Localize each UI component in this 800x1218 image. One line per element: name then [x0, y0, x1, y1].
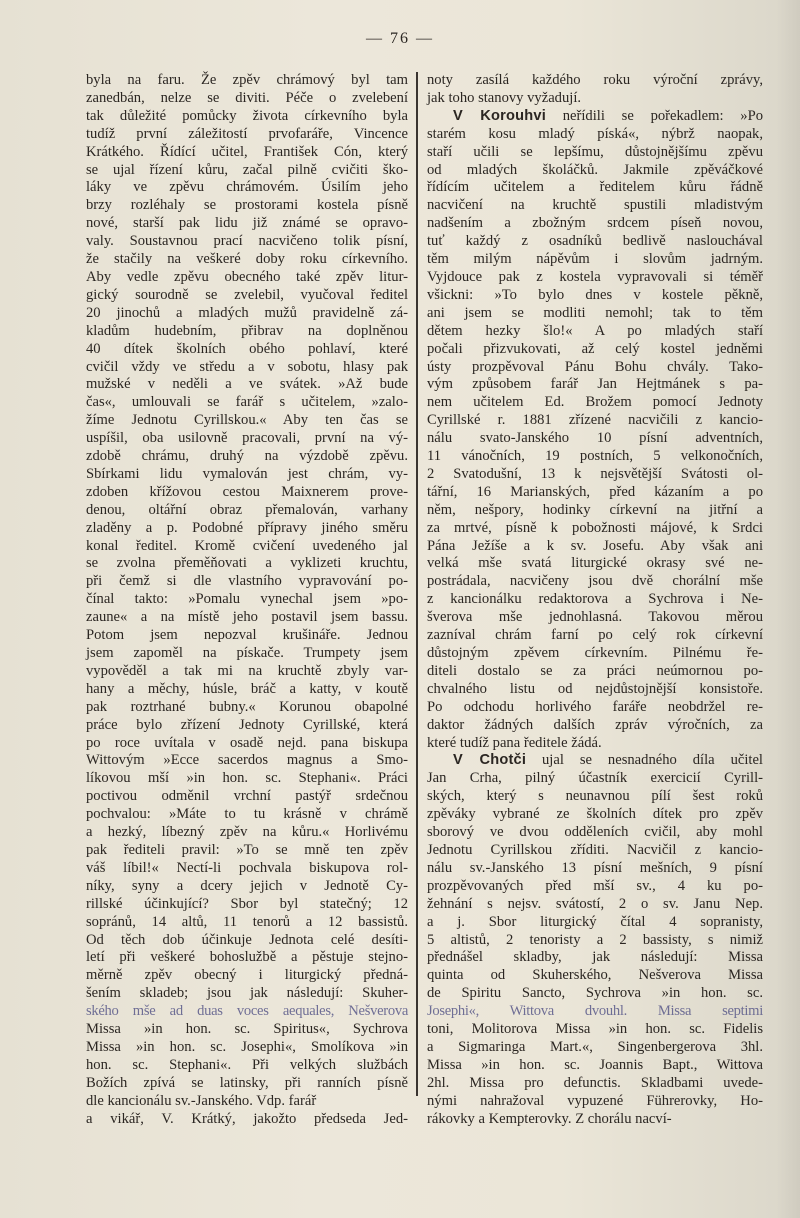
text-line: jsem zapoměl na pískače. Trumpety jsem: [86, 645, 408, 663]
text-line: a Sigmaringa Mart.«, Singenbergerova 3hl…: [427, 1039, 763, 1057]
text-line: mužské v neděli a ve svátek. »Až bude: [86, 376, 408, 394]
text-line: láky ve zpěvu chrámovém. Úsilím jeho: [86, 179, 408, 197]
text-line: šverova mše jednohlasná. Takovou měrou: [427, 609, 763, 627]
text-line: vypověděl a tak mi na kruchtě zbyly var-: [86, 663, 408, 681]
text-line: gický sourodně se zvelebil, vyučoval řed…: [86, 287, 408, 305]
text-line: těm milým nápěvům i slovům jadrným.: [427, 251, 763, 269]
text-line: velká mše svatá liturgické okrasy své ne…: [427, 555, 763, 573]
text-line: všickni: »To bylo dnes v kostele pěkně,: [427, 287, 763, 305]
text-line: Wittovým »Ecce sacerdos magnus a Smo-: [86, 752, 408, 770]
text-line: Po odchodu horlivého faráře neobdržel re…: [427, 699, 763, 717]
text-line: 2 Svatodušní, 13 k nejsvětější Svátosti …: [427, 466, 763, 484]
text-line: poctivou odměnil vrchní pastýř srdečnou: [86, 788, 408, 806]
text-line: quinta od Skuherského, Nešverova Missa: [427, 967, 763, 985]
text-line: čas«, umlouvali se farář s učitelem, »za…: [86, 394, 408, 412]
text-line: nem učitelem Ed. Brožem pomocí Jednoty: [427, 394, 763, 412]
text-line: hany a měchy, húsle, bráč a katty, v kou…: [86, 681, 408, 699]
text-line: 40 dítek školních obého pohlaví, které: [86, 341, 408, 359]
text-line: diteli dostalo se za práci neúmornou po-: [427, 663, 763, 681]
text-line: pak řediteli pravil: »To se mně ten zpěv: [86, 842, 408, 860]
text-line: přednášel skladby, jak následují: Missa: [427, 949, 763, 967]
text-line: Jan Crha, pilný účastník exercicií Cyril…: [427, 770, 763, 788]
text-line: tuť každý z osadníků bedlivě nasloucháva…: [427, 233, 763, 251]
text-line: se zvolna přeměňovati a vyklizeti krucht…: [86, 555, 408, 573]
text-line: zdoben křížovou cestou Maixnerem prove-: [86, 484, 408, 502]
text-line: Vyjdouce pak z kostela vypravovali si té…: [427, 269, 763, 287]
text-line: tudíž první záležitostí prvofaráře, Vinc…: [86, 126, 408, 144]
text-line: cvičil vždy ve středu a v sobotu, hlasy …: [86, 359, 408, 377]
text-line: dle kancionálu sv.-Janského. Vdp. farář: [86, 1093, 408, 1111]
text-line: rillské účinkující? Sbor byl statečný; 1…: [86, 896, 408, 914]
page-number: — 76 —: [0, 30, 800, 48]
text-line: po roce uvítala v osadě nejd. pana bisku…: [86, 735, 408, 753]
text-line: zazníval chrám farní po celý rok církevn…: [427, 627, 763, 645]
text-line: práce bylo zřízení Jednoty Cyrillské, kt…: [86, 717, 408, 735]
text-line: brzy rozléhaly se prostorami kostela pís…: [86, 197, 408, 215]
text-line: Cyrillské r. 1881 zřízené nacvičili z ka…: [427, 412, 763, 430]
text-line: zanedbán, nelze se diviti. Péče o zveleb…: [86, 90, 408, 108]
text-line: valy. Soustavnou prací nacvičeno tolik p…: [86, 233, 408, 251]
text-line: nacvičení na kruchtě spustili mladistvým: [427, 197, 763, 215]
section-lead: V Chotči: [453, 752, 526, 768]
text-line: jak toho stanovy vyžadují.: [427, 90, 763, 108]
text-line: pochvalou: »Máte to tu krásně v chrámě: [86, 806, 408, 824]
text-line: níky, syny a dcery jejich v Jednotě Cy-: [86, 878, 408, 896]
text-line: zladěny a p. Podobné přípravy jiného smě…: [86, 520, 408, 538]
text-line: 2hl. Missa pro defunctis. Skladbami uved…: [427, 1075, 763, 1093]
text-line: líkovou mší »in hon. sc. Stephani«. Prác…: [86, 770, 408, 788]
text-line: něm, nešpory, hodinky církevní na jitřní…: [427, 502, 763, 520]
text-line: čínal takto: »Pomalu vynechal jsem »po-: [86, 591, 408, 609]
text-line: toni, Molitorova Missa »in hon. sc. Fide…: [427, 1021, 763, 1039]
text-line: Missa »in hon. sc. Josephi«, Smolíkova »…: [86, 1039, 408, 1057]
text-line: a j. Sbor liturgický čítal 4 sopranisty,: [427, 914, 763, 932]
text-line: se ujal řízení kůru, začal pilně cvičiti…: [86, 162, 408, 180]
text-line: zpěváky vybrané ze školních dítek pro zp…: [427, 806, 763, 824]
text-line: nými nahražoval vypuzené Führerovky, Ho-: [427, 1093, 763, 1111]
text-line: nadšením a zbožným srdcem píseň novou,: [427, 215, 763, 233]
text-line: nálu svato-Janského 10 písní adventních,: [427, 430, 763, 448]
text-line: nové, starší pak lidu již známé se oprav…: [86, 215, 408, 233]
text-line: chvalného listu od nejdůstojnější konsis…: [427, 681, 763, 699]
text-line: sborový ve dvou odděleních cvičil, aby m…: [427, 824, 763, 842]
text-line: konal ředitel. Kromě cvičení uvedeného j…: [86, 538, 408, 556]
text-line: 11 vánočních, 19 postních, 5 velkonočníc…: [427, 448, 763, 466]
text-line: a vikář, V. Krátký, jakožto předseda Jed…: [86, 1111, 408, 1129]
text-line: Potom jsem nepozval krušináře. Jednou: [86, 627, 408, 645]
text-line: ských, který s neunavnou pílí šest roků: [427, 788, 763, 806]
text-line: měrně zpěv obecný i liturgický předná-: [86, 967, 408, 985]
text-line: Missa »in hon. sc. Spiritus«, Sychrova: [86, 1021, 408, 1039]
text-line: Sbírkami lidu vymalován jest chrám, vy-: [86, 466, 408, 484]
text-line: a hezký, líbezný zpěv na kůru.« Horlivém…: [86, 824, 408, 842]
text-line: tářní, 16 Marianských, před kázaním a po: [427, 484, 763, 502]
text-line: de Spiritu Sancto, Sychrova »in hon. sc.: [427, 985, 763, 1003]
text-line: Missa »in hon. sc. Joannis Bapt., Wittov…: [427, 1057, 763, 1075]
text-line: Aby vedle zpěvu obecného také zpěv litur…: [86, 269, 408, 287]
text-line: prozpěvovaných před mší sv., 4 ku po-: [427, 878, 763, 896]
text-line: 20 jinochů a mladých mužů pravidelně zá-: [86, 305, 408, 323]
text-line: sopránů, 14 altů, 11 tenorů a 12 bassist…: [86, 914, 408, 932]
text-line: hon. sc. Stephani«. Při velkých službách: [86, 1057, 408, 1075]
book-page: — 76 — byla na faru. Že zpěv chrámový by…: [0, 0, 800, 1218]
text-line: vým způsobem farář Jan Hejtmánek s pa-: [427, 376, 763, 394]
right-column: noty zasílá každého roku výroční zprávy,…: [427, 72, 763, 1128]
text-line: ani jsem se modliti nemohl; tak to těm: [427, 305, 763, 323]
text-line: které tudíž pana ředitele žádá.: [427, 735, 763, 753]
text-line: ského mše ad duas voces aequales, Nešver…: [86, 1003, 408, 1021]
text-line: ústy prozpěvoval Pánu Bohu chvály. Tako-: [427, 359, 763, 377]
text-line: denou, oltářní obraz přemalován, varhany: [86, 502, 408, 520]
text-line: Od těch dob účinkuje Jednota celé desíti…: [86, 932, 408, 950]
text-line: počali přizvukovati, až celý kostel jedn…: [427, 341, 763, 359]
column-divider: [416, 72, 418, 1096]
text-line: nálu sv.-Janského 13 písní mešních, 9 pí…: [427, 860, 763, 878]
text-line: pak roztrhané bubny.« Korunou obapolné: [86, 699, 408, 717]
text-line: při čemž si dle vlastního vypravování po…: [86, 573, 408, 591]
text-line: Jednotu Cyrillskou zříditi. Nacvičil z k…: [427, 842, 763, 860]
text-line: byla na faru. Že zpěv chrámový byl tam: [86, 72, 408, 90]
text-line: Pána Ježíše a k sv. Josefu. Aby však ani: [427, 538, 763, 556]
text-line: zaune« a na místě jeho postavil jsem bas…: [86, 609, 408, 627]
text-line: váš líbil!« Nectí-li pochvala biskupova …: [86, 860, 408, 878]
text-line: žehnání s nejsv. svátostí, 2 o sv. Janu …: [427, 896, 763, 914]
text-line: zdobě chrámu, druhý na výzdobě zpěvu.: [86, 448, 408, 466]
section-lead: V Korouhvi: [453, 108, 546, 124]
text-line: za mrtvé, písně k pobožnosti májové, k S…: [427, 520, 763, 538]
text-line: noty zasílá každého roku výroční zprávy,: [427, 72, 763, 90]
text-line: uspíšil, oba usilovně pracovali, první n…: [86, 430, 408, 448]
text-line: V Korouhvi neřídili se pořekadlem: »Po: [427, 108, 763, 126]
text-line: Josephi«, Wittova dvouhl. Missa septimi: [427, 1003, 763, 1021]
text-line: od mladých školáčků. Jakmile zpěváčkové: [427, 162, 763, 180]
text-line: rákovky a Kempterovky. Z chorálu nacví-: [427, 1111, 763, 1129]
text-line: 5 altistů, 2 tenoristy a 2 bassisty, s n…: [427, 932, 763, 950]
text-line: že stačily na veškeré doby roku církevní…: [86, 251, 408, 269]
text-line: daktor žádných dalších zpráv výročních, …: [427, 717, 763, 735]
text-line: Božích zpívá se latinsky, při ranních pí…: [86, 1075, 408, 1093]
text-line: letí při veškeré bohoslužbě a pěstuje st…: [86, 949, 408, 967]
text-line: dětem hezky šlo!« A po mladých staří: [427, 323, 763, 341]
text-line: postrádala, nacvičeny jsou dvě chorální …: [427, 573, 763, 591]
text-line: staří učili se lepšímu, důstojnějšímu zp…: [427, 144, 763, 162]
text-line: důstojným zpěvem církevním. Pilnému ře-: [427, 645, 763, 663]
text-line: Krátkého. Řídící učitel, František Cón, …: [86, 144, 408, 162]
text-line: starém kosu mladý píská«, nýbrž naopak,: [427, 126, 763, 144]
text-line: řídícím učitelem a ředitelem kůru řádně: [427, 179, 763, 197]
text-line: šením skladeb; jsou jak následují: Skuhe…: [86, 985, 408, 1003]
text-line: kladům hudebním, přibrav na doplněnou: [86, 323, 408, 341]
text-line: z kancionálku redaktorova a Sychrova i N…: [427, 591, 763, 609]
text-line: žíme Jednotu Cyrillskou.« Aby ten čas se: [86, 412, 408, 430]
text-line: tak důležité pomůcky života církevního b…: [86, 108, 408, 126]
text-line: V Chotči ujal se nesnadného díla učitel: [427, 752, 763, 770]
left-column: byla na faru. Že zpěv chrámový byl tamza…: [86, 72, 408, 1128]
